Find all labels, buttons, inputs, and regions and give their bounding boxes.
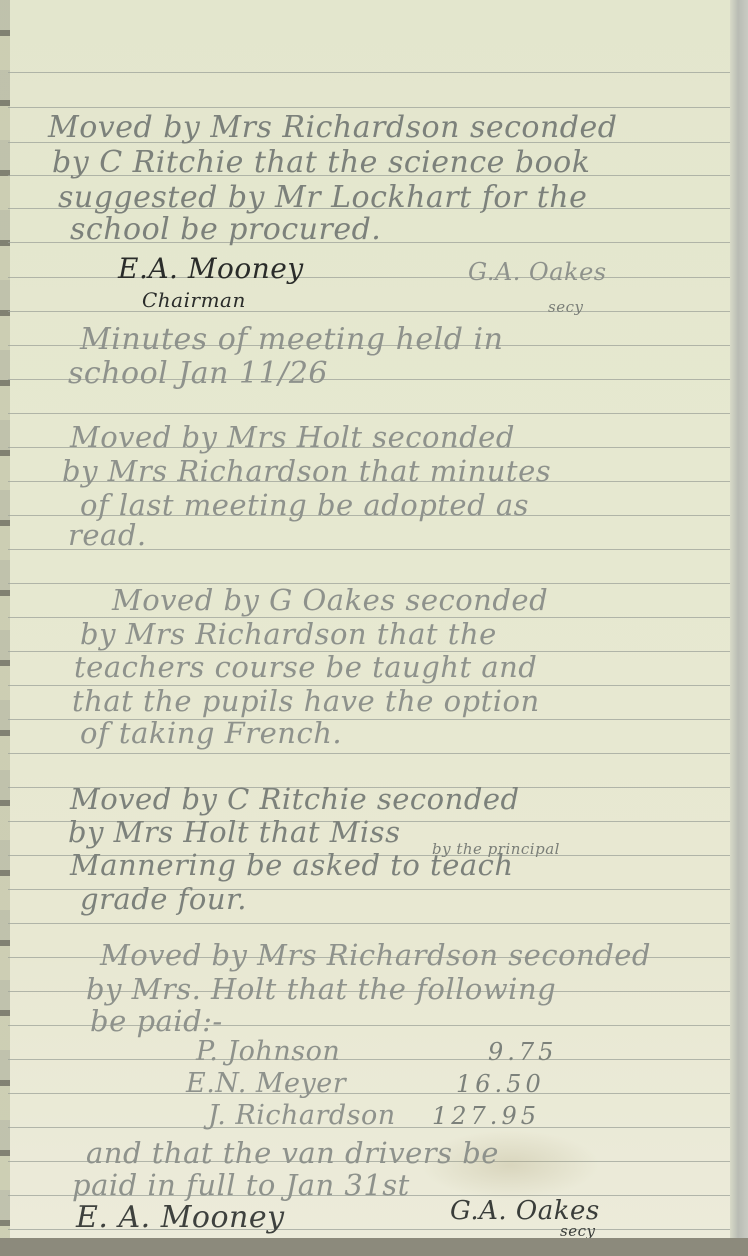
ruled-line (8, 72, 732, 73)
ruled-line (8, 413, 732, 414)
handwritten-line: and that the van drivers be (86, 1136, 499, 1170)
handwritten-line: by Mrs. Holt that the following (86, 972, 556, 1006)
heading-line: school Jan 11/26 (68, 356, 328, 391)
secretary-signature: G.A. Oakes (468, 258, 607, 286)
handwritten-line: by Mrs Richardson that minutes (62, 454, 551, 488)
handwritten-line: suggested by Mr Lockhart for the (58, 180, 587, 215)
handwritten-line: teachers course be taught and (74, 650, 537, 684)
chairman-signature: E. A. Mooney (76, 1200, 285, 1235)
ruled-line (8, 107, 732, 108)
payment-amount: 127.95 (432, 1102, 540, 1130)
handwritten-line: Mannering be asked to teach (70, 848, 514, 882)
handwritten-line: by C Ritchie that the science book (52, 145, 590, 180)
page-stack-edge (730, 0, 748, 1256)
handwritten-line: Moved by G Oakes seconded (112, 583, 548, 617)
heading-line: Minutes of meeting held in (80, 322, 503, 357)
handwritten-line: be paid:- (90, 1004, 223, 1038)
ruled-line (8, 753, 732, 754)
ruled-line (8, 1093, 732, 1094)
notebook-page: Moved by Mrs Richardson seconded by C Ri… (0, 0, 740, 1250)
handwritten-line: school be procured. (70, 212, 381, 247)
chairman-title: Chairman (142, 288, 246, 312)
handwritten-line: paid in full to Jan 31st (72, 1168, 410, 1202)
payee-name: E.N. Meyer (186, 1068, 346, 1099)
handwritten-line: read. (68, 518, 147, 552)
ruled-line (8, 1059, 732, 1060)
handwritten-line: grade four. (80, 882, 247, 916)
handwritten-line: Moved by Mrs Holt seconded (70, 420, 515, 454)
payee-name: J. Richardson (208, 1100, 396, 1131)
chairman-signature: E.A. Mooney (118, 252, 304, 285)
handwritten-line: of last meeting be adopted as (80, 488, 529, 522)
ruled-line (8, 277, 732, 278)
handwritten-line: Moved by Mrs Richardson seconded (100, 938, 651, 972)
payment-amount: 9.75 (488, 1038, 557, 1066)
handwritten-line: Moved by C Ritchie seconded (70, 782, 520, 816)
payment-amount: 16.50 (456, 1070, 545, 1098)
handwritten-line: that the pupils have the option (72, 684, 540, 718)
ruled-line (8, 311, 732, 312)
handwritten-line: by Mrs Holt that Miss (68, 815, 400, 849)
notebook-binding (0, 0, 10, 1240)
secretary-title: secy (548, 298, 583, 316)
handwritten-line: Moved by Mrs Richardson seconded (48, 110, 617, 145)
payee-name: P. Johnson (196, 1036, 340, 1067)
book-cover-edge (0, 1238, 748, 1256)
ruled-line (8, 923, 732, 924)
handwritten-line: of taking French. (80, 716, 342, 750)
handwritten-line: by Mrs Richardson that the (80, 617, 497, 651)
